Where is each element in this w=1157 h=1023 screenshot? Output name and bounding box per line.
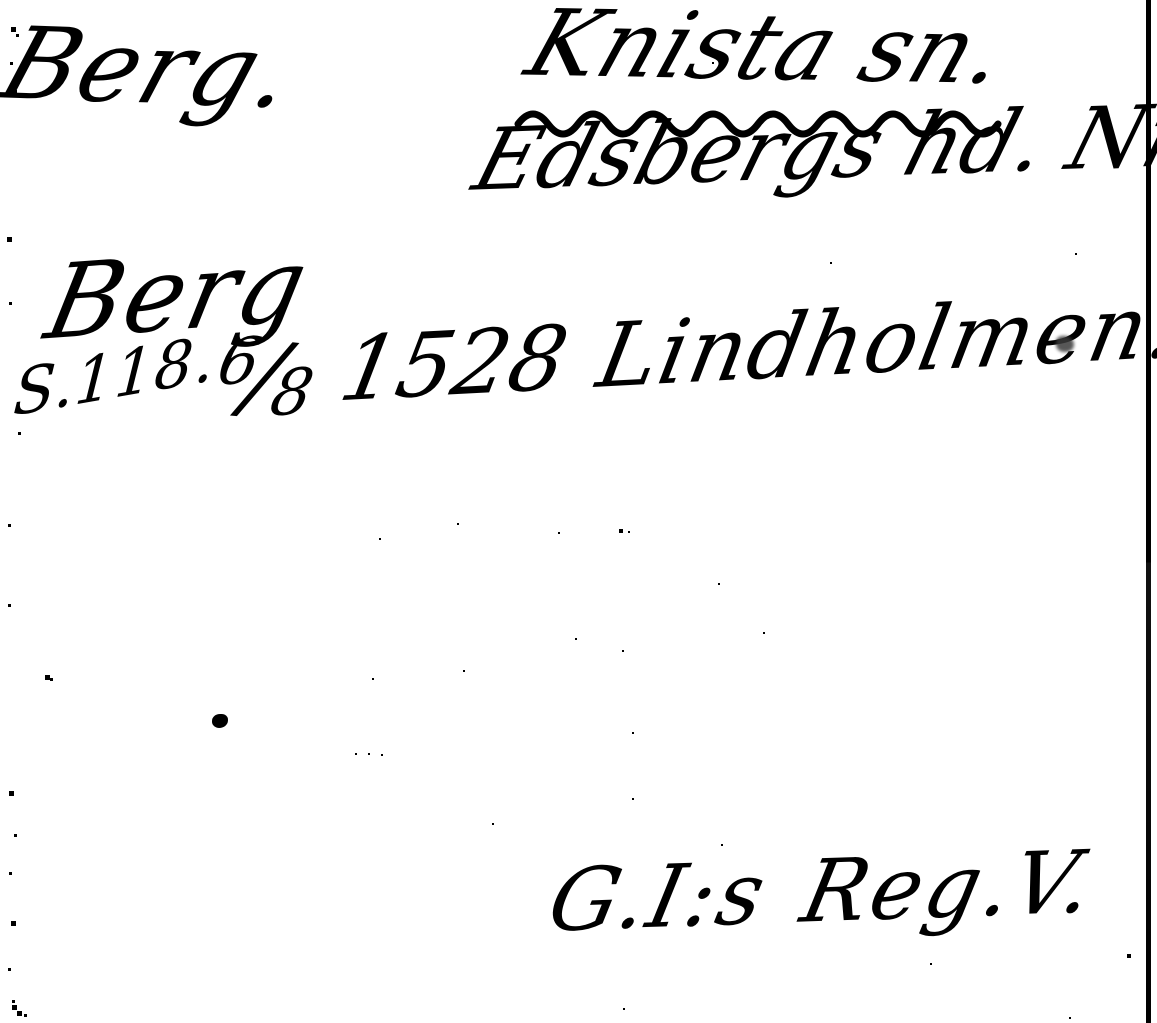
scan-speckles [0, 0, 2, 2]
district-region: Edsbergs hd. Nrk. [465, 91, 1157, 204]
card-title: Berg. [0, 14, 308, 123]
date-place-line: 6/81528Lindholmen. [208, 278, 1157, 422]
parish-name: Knista sn. [517, 0, 1020, 98]
archive-index-card: Berg. Knista sn. Edsbergs hd. Nrk. Berg … [0, 0, 1157, 1023]
date-year: 1528 [332, 306, 576, 422]
source-reference: G.I:s Reg.V. [542, 839, 1104, 945]
ink-dot [212, 714, 228, 728]
scan-smudge [1056, 336, 1074, 352]
